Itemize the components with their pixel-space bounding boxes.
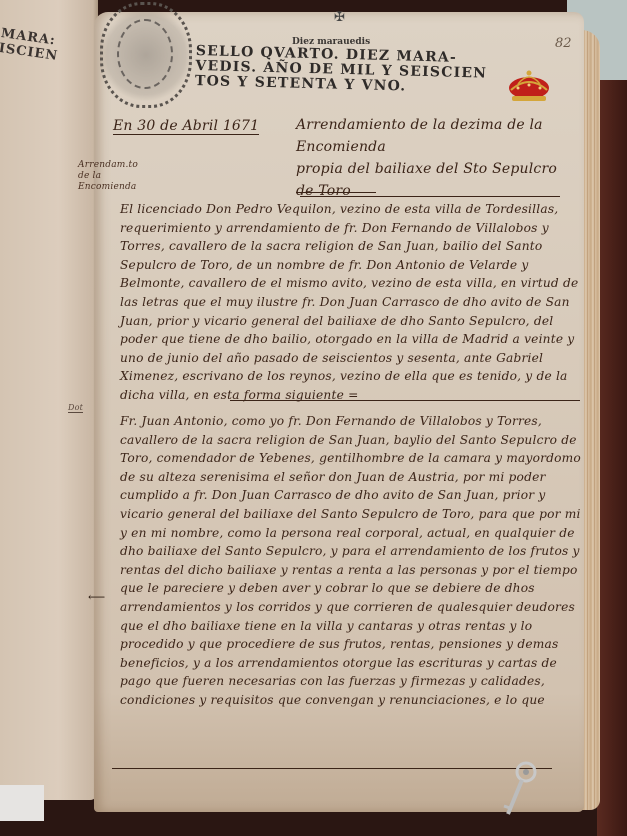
title-line: de Toro — [296, 180, 566, 202]
crown-icon — [506, 68, 552, 104]
royal-seal-stamp — [100, 2, 192, 108]
arrow-icon: ⟵ — [88, 590, 105, 604]
left-page: MARA: ISCIEN — [0, 0, 98, 800]
title-rule — [300, 196, 560, 197]
paper-slip — [0, 785, 44, 821]
seal-inner-ring — [117, 19, 173, 89]
paragraph-2: Fr. Juan Antonio, como yo fr. Don Fernan… — [120, 412, 582, 710]
document-title: Arrendamiento de la dezima de la Encomie… — [296, 114, 566, 202]
title-line: Arrendamiento de la dezima de la Encomie… — [296, 114, 566, 158]
folio-number: 82 — [555, 36, 572, 51]
sealed-paper-stamp: SELLO QVARTO. DIEZ MARA- VEDIS. AÑO DE M… — [195, 44, 496, 97]
margin-note: Arrendam.to de la Encomienda — [78, 160, 148, 193]
title-line: propia del bailiaxe del Sto Sepulcro — [296, 158, 566, 180]
paragraph-1: El licenciado Don Pedro Vequilon, vezino… — [120, 200, 582, 405]
section-divider — [230, 400, 580, 401]
document-date: En 30 de Abril 1671 — [113, 118, 259, 135]
margin-side-mark: Dot — [68, 403, 83, 413]
key-bookmark-icon — [498, 760, 538, 820]
title-underline — [296, 192, 376, 193]
closing-rule — [112, 768, 552, 769]
cross-icon: ✠ — [334, 10, 345, 25]
left-page-stamp: MARA: ISCIEN — [0, 26, 61, 64]
background-table — [597, 80, 627, 836]
